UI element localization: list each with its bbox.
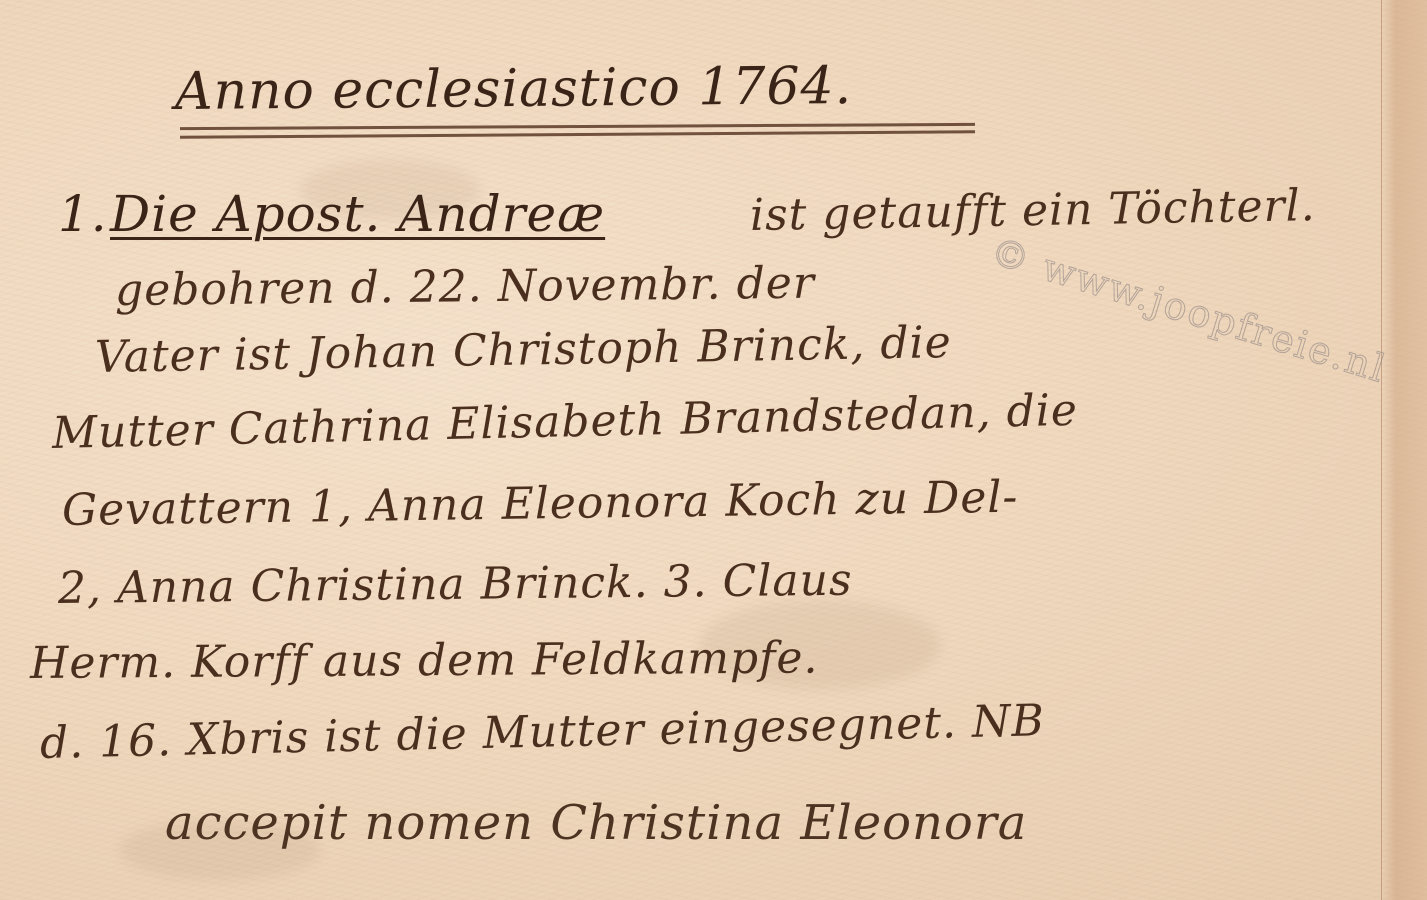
register-heading: Anno ecclesiastico 1764. (175, 56, 853, 122)
entry-line: d. 16. Xbris ist die Mutter eingesegnet.… (39, 695, 1045, 769)
entry-line: 2, Anna Christina Brinck. 3. Claus (58, 555, 853, 614)
heading-underline (180, 130, 975, 139)
entry-line: Gevattern 1, Anna Eleonora Koch zu Del- (62, 472, 1019, 536)
entry-line-name-note: accepit nomen Christina Eleonora (165, 795, 1027, 851)
entry-line: ist getaufft ein Töchterl. (750, 180, 1316, 241)
entry-line: Vater ist Johan Christoph Brinck, die (95, 317, 953, 383)
manuscript-page: Anno ecclesiastico 1764. 1. Die Apost. A… (0, 0, 1427, 900)
entry-line: Herm. Korff aus dem Feldkampfe. (30, 632, 819, 689)
entry-line: Mutter Cathrina Elisabeth Brandstedan, d… (51, 385, 1078, 459)
entry-line: gebohren d. 22. Novembr. der (115, 258, 815, 316)
feast-day: Die Apost. Andreæ (110, 185, 605, 243)
heading-underline (180, 123, 975, 130)
entry-number: 1. (58, 185, 108, 243)
